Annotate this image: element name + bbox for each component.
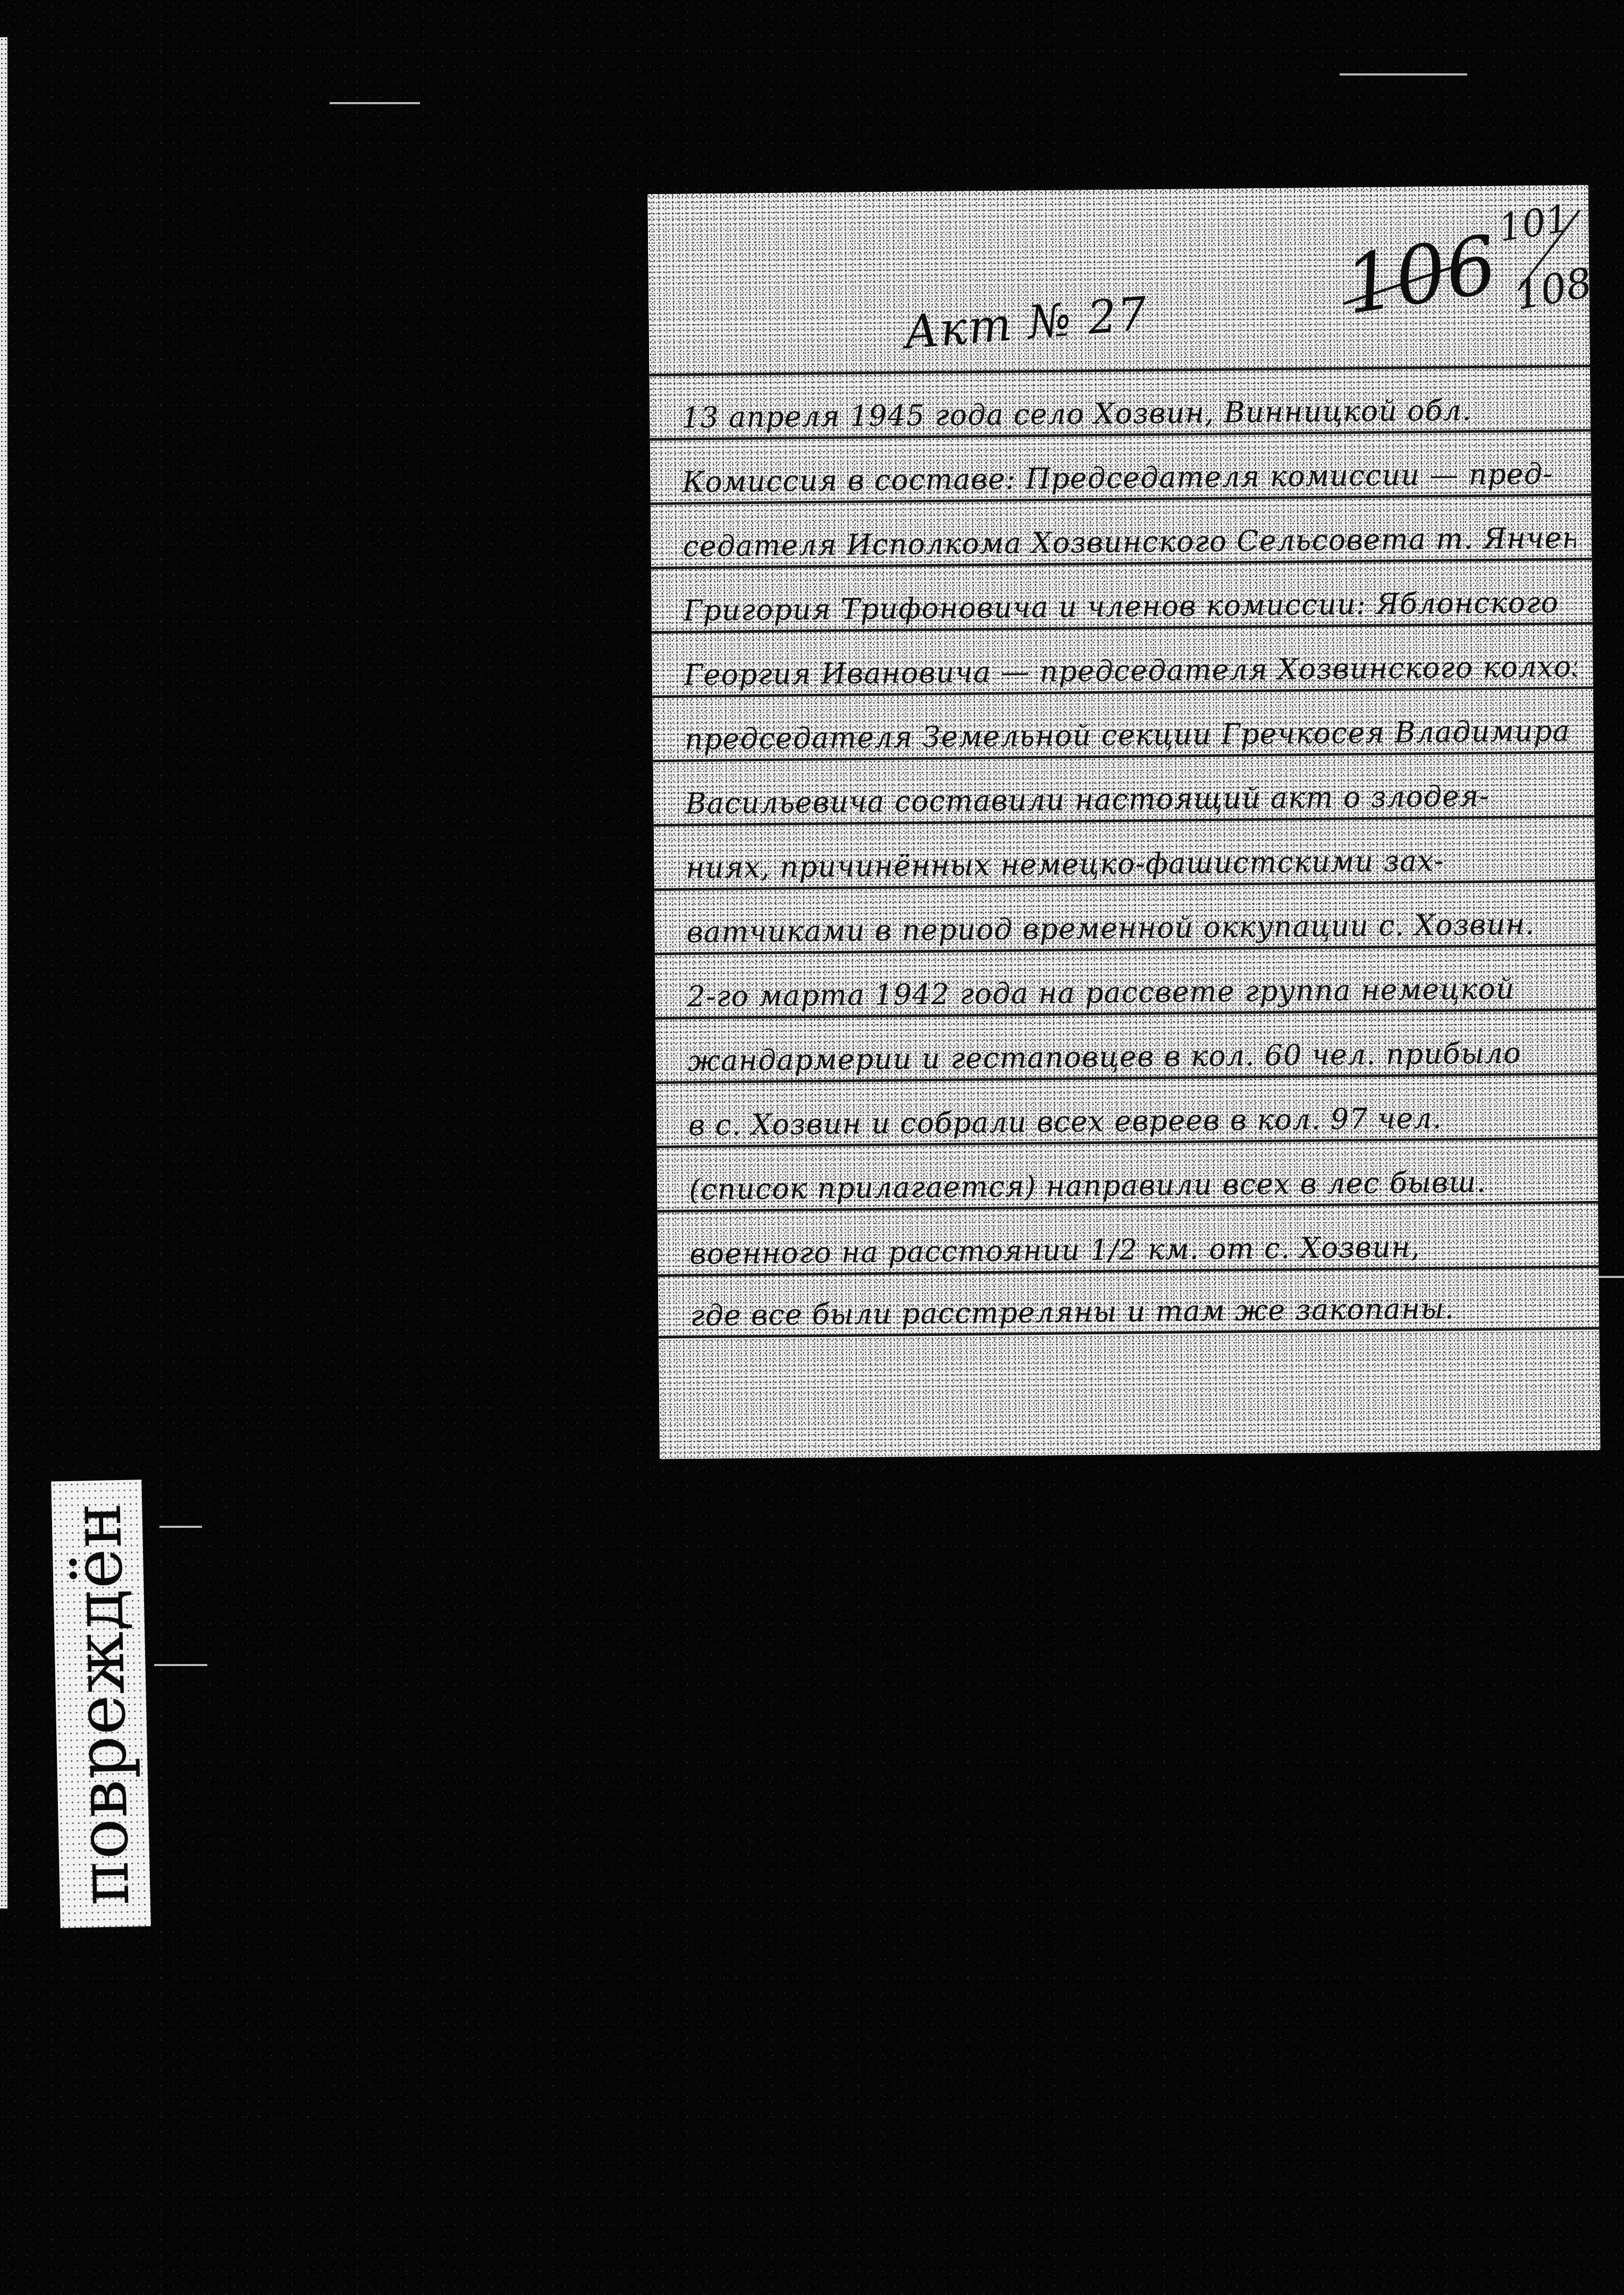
- document-title: Акт № 27: [902, 287, 1150, 359]
- document-line: (список прилагается) направили всех в ле…: [657, 1137, 1598, 1210]
- document-line-text: Григория Трифоновича и членов комиссии: …: [683, 585, 1577, 627]
- document-line-text: (список прилагается) направили всех в ле…: [689, 1164, 1583, 1206]
- document-line-text: Васильевича составили настоящий акт о зл…: [685, 778, 1579, 820]
- document-line: Георгия Ивановича — председателя Хозвинс…: [652, 622, 1593, 695]
- document-line-text: где все были расстреляны и там же закопа…: [690, 1290, 1584, 1332]
- document-line-text: в с. Хозвин и собрали всех евреев в кол.…: [688, 1100, 1582, 1142]
- scan-guide-line: [330, 102, 420, 104]
- document-line-text: председателя Земельной секции Гречкосея …: [685, 714, 1578, 756]
- damaged-label: повреждён: [51, 1479, 151, 1928]
- document-line: жандармерии и гестаповцев в кол. 60 чел.…: [655, 1008, 1597, 1081]
- document-sheet: Акт № 27 106 101 108 13 апреля 1945 года…: [647, 185, 1601, 1459]
- document-line: седателя Исполкома Хозвинского Сельсовет…: [651, 493, 1592, 567]
- document-line: 2-го марта 1942 года на рассвете группа …: [655, 944, 1596, 1017]
- scan-edge-strip: [0, 37, 7, 1909]
- document-line: военного на расстоянии 1/2 км. от с. Хоз…: [657, 1201, 1598, 1274]
- scan-guide-line: [154, 1664, 207, 1666]
- document-line-text: Георгия Ивановича — председателя Хозвинс…: [684, 650, 1577, 692]
- scan-guide-line: [159, 1526, 202, 1528]
- document-line: 13 апреля 1945 года село Хозвин, Винницк…: [649, 365, 1591, 438]
- document-line: ватчиками в период временной оккупации с…: [654, 879, 1596, 953]
- folio-superscript: 101: [1495, 197, 1572, 250]
- document-line: Васильевича составили настоящий акт о зл…: [653, 751, 1594, 824]
- document-header: Акт № 27 106 101 108: [647, 185, 1590, 369]
- document-line: Комиссия в составе: Председателя комисси…: [650, 429, 1591, 502]
- document-line-text: седателя Исполкома Хозвинского Сельсовет…: [683, 521, 1576, 563]
- damaged-label-text: повреждён: [57, 1501, 145, 1906]
- scan-guide-line: [1340, 73, 1467, 75]
- document-line-text: ниях, причинённых немецко-фашистскими за…: [686, 843, 1579, 885]
- document-line-text: 2-го марта 1942 года на рассвете группа …: [687, 971, 1580, 1013]
- document-line: председателя Земельной секции Гречкосея …: [652, 686, 1594, 760]
- document-line: Григория Трифоновича и членов комиссии: …: [651, 558, 1593, 631]
- document-line-text: военного на расстоянии 1/2 км. от с. Хоз…: [689, 1229, 1583, 1271]
- handwritten-lines: 13 апреля 1945 года село Хозвин, Винницк…: [649, 365, 1599, 1339]
- document-line-text: 13 апреля 1945 года село Хозвин, Винницк…: [681, 392, 1575, 434]
- document-line-text: жандармерии и гестаповцев в кол. 60 чел.…: [687, 1036, 1581, 1078]
- folio-number: 106: [1339, 218, 1503, 333]
- document-line-text: Комиссия в составе: Председателя комисси…: [682, 457, 1576, 499]
- folio-subscript: 108: [1511, 258, 1596, 319]
- document-line: где все были расстреляны и там же закопа…: [658, 1265, 1600, 1339]
- document-line-text: ватчиками в период временной оккупации с…: [686, 907, 1580, 949]
- document-line: ниях, причинённых немецко-фашистскими за…: [653, 815, 1595, 888]
- document-line: в с. Хозвин и собрали всех евреев в кол.…: [656, 1072, 1597, 1146]
